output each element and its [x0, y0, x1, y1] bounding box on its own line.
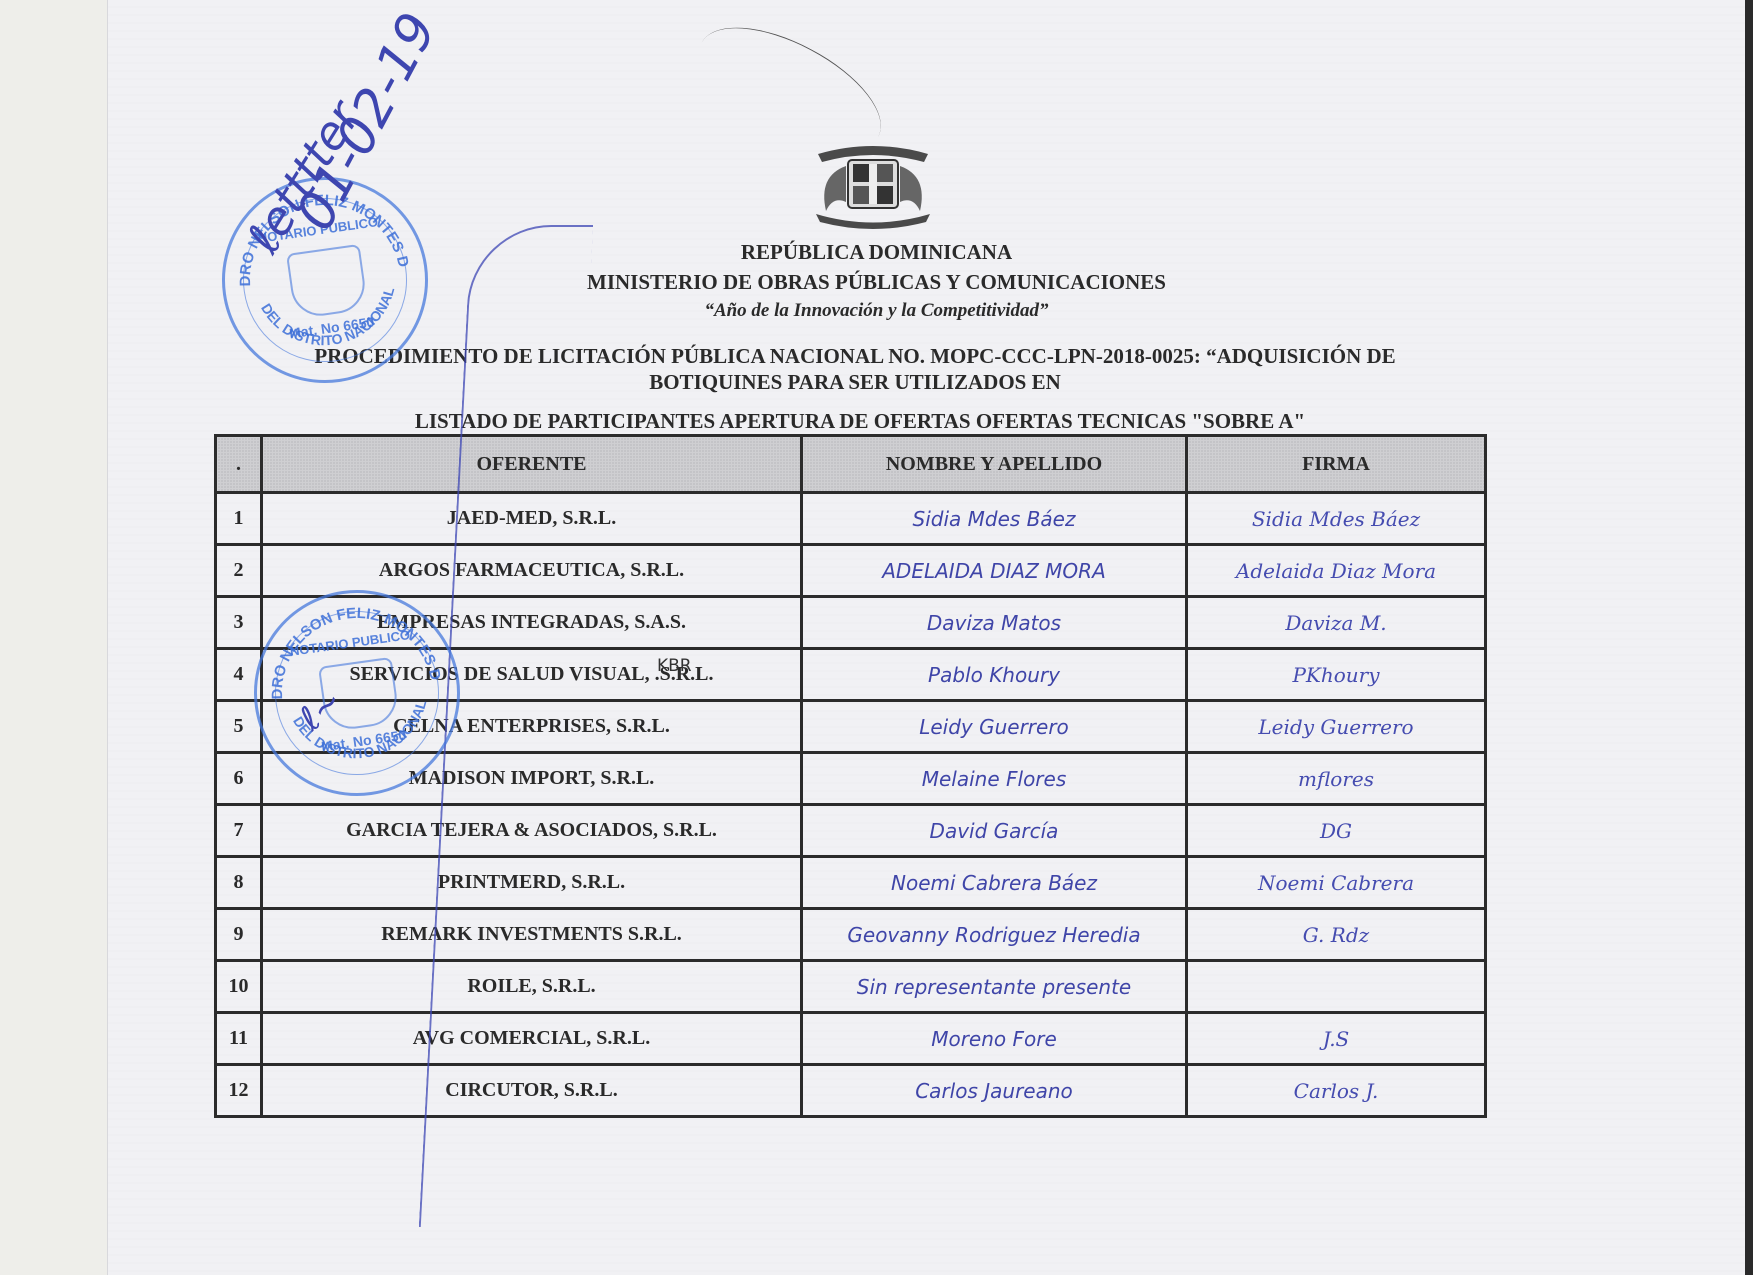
- oferente-cell: ARGOS FARMACEUTICA, S.R.L.: [262, 545, 802, 597]
- participants-table: . OFERENTE NOMBRE Y APELLIDO FIRMA 1JAED…: [214, 434, 1487, 1118]
- row-number: 4: [216, 649, 262, 701]
- table-row: 8PRINTMERD, S.R.L.Noemi Cabrera BáezNoem…: [216, 857, 1486, 909]
- firma-cell: Sidia Mdes Báez: [1187, 493, 1486, 545]
- nombre-apellido-cell: Sidia Mdes Báez: [802, 493, 1187, 545]
- table-row: 1JAED-MED, S.R.L.Sidia Mdes BáezSidia Md…: [216, 493, 1486, 545]
- firma-cell: mflores: [1187, 753, 1486, 805]
- table-header-row: . OFERENTE NOMBRE Y APELLIDO FIRMA: [216, 436, 1486, 493]
- nombre-apellido-cell: Noemi Cabrera Báez: [802, 857, 1187, 909]
- firma-cell: Carlos J.: [1187, 1065, 1486, 1117]
- year-motto: “Año de la Innovación y la Competitivida…: [0, 300, 1753, 322]
- row-number: 8: [216, 857, 262, 909]
- row-number: 1: [216, 493, 262, 545]
- firma-cell: Adelaida Diaz Mora: [1187, 545, 1486, 597]
- table-row: 5CELNA ENTERPRISES, S.R.L.Leidy Guerrero…: [216, 701, 1486, 753]
- oferente-cell: REMARK INVESTMENTS S.R.L.: [262, 909, 802, 961]
- procedure-title-line1: PROCEDIMIENTO DE LICITACIÓN PÚBLICA NACI…: [255, 344, 1455, 369]
- oferente-cell: EMPRESAS INTEGRADAS, S.A.S.: [262, 597, 802, 649]
- nombre-apellido-cell: Carlos Jaureano: [802, 1065, 1187, 1117]
- oferente-cell: CELNA ENTERPRISES, S.R.L.: [262, 701, 802, 753]
- country-heading: REPÚBLICA DOMINICANA: [0, 240, 1753, 265]
- table-row: 12CIRCUTOR, S.R.L.Carlos JaureanoCarlos …: [216, 1065, 1486, 1117]
- firma-cell: Noemi Cabrera: [1187, 857, 1486, 909]
- row-number: 3: [216, 597, 262, 649]
- firma-cell: J.S: [1187, 1013, 1486, 1065]
- nombre-apellido-cell: Leidy Guerrero: [802, 701, 1187, 753]
- row-number: 7: [216, 805, 262, 857]
- nombre-apellido-cell: Pablo Khoury: [802, 649, 1187, 701]
- nombre-apellido-cell: ADELAIDA DIAZ MORA: [802, 545, 1187, 597]
- table-row: 2ARGOS FARMACEUTICA, S.R.L.ADELAIDA DIAZ…: [216, 545, 1486, 597]
- nombre-apellido-cell: Sin representante presente: [802, 961, 1187, 1013]
- procedure-title-line2: BOTIQUINES PARA SER UTILIZADOS EN: [255, 370, 1455, 395]
- firma-cell: Leidy Guerrero: [1187, 701, 1486, 753]
- nombre-apellido-cell: David García: [802, 805, 1187, 857]
- header-firma: FIRMA: [1187, 436, 1486, 493]
- table-row: 6MADISON IMPORT, S.R.L.Melaine Floresmfl…: [216, 753, 1486, 805]
- row-number: 10: [216, 961, 262, 1013]
- nombre-apellido-cell: Geovanny Rodriguez Heredia: [802, 909, 1187, 961]
- list-title: LISTADO DE PARTICIPANTES APERTURA DE OFE…: [260, 409, 1460, 434]
- table-row: 4SERVICIOS DE SALUD VISUAL, .S.R.L.Pablo…: [216, 649, 1486, 701]
- nombre-apellido-cell: Moreno Fore: [802, 1013, 1187, 1065]
- row-number: 12: [216, 1065, 262, 1117]
- row-number: 9: [216, 909, 262, 961]
- table-row: 3EMPRESAS INTEGRADAS, S.A.S.Daviza Matos…: [216, 597, 1486, 649]
- row-number: 6: [216, 753, 262, 805]
- ministry-heading: MINISTERIO DE OBRAS PÚBLICAS Y COMUNICAC…: [0, 270, 1753, 295]
- table-row: 7GARCIA TEJERA & ASOCIADOS, S.R.L.David …: [216, 805, 1486, 857]
- row-number: 11: [216, 1013, 262, 1065]
- participants-table-container: . OFERENTE NOMBRE Y APELLIDO FIRMA 1JAED…: [214, 434, 1484, 1118]
- nombre-apellido-cell: Melaine Flores: [802, 753, 1187, 805]
- oferente-cell: SERVICIOS DE SALUD VISUAL, .S.R.L.: [262, 649, 802, 701]
- table-row: 9REMARK INVESTMENTS S.R.L.Geovanny Rodri…: [216, 909, 1486, 961]
- table-row: 11AVG COMERCIAL, S.R.L.Moreno ForeJ.S: [216, 1013, 1486, 1065]
- oferente-cell: JAED-MED, S.R.L.: [262, 493, 802, 545]
- oferente-cell: MADISON IMPORT, S.R.L.: [262, 753, 802, 805]
- header-number: .: [216, 436, 262, 493]
- scan-edge: [1745, 0, 1753, 1275]
- firma-cell: PKhoury: [1187, 649, 1486, 701]
- oferente-cell: ROILE, S.R.L.: [262, 961, 802, 1013]
- table-row: 10ROILE, S.R.L.Sin representante present…: [216, 961, 1486, 1013]
- oferente-cell: PRINTMERD, S.R.L.: [262, 857, 802, 909]
- header-oferente: OFERENTE: [262, 436, 802, 493]
- header-nombre-apellido: NOMBRE Y APELLIDO: [802, 436, 1187, 493]
- oferente-cell: GARCIA TEJERA & ASOCIADOS, S.R.L.: [262, 805, 802, 857]
- firma-cell: G. Rdz: [1187, 909, 1486, 961]
- nombre-apellido-cell: Daviza Matos: [802, 597, 1187, 649]
- oferente-cell: AVG COMERCIAL, S.R.L.: [262, 1013, 802, 1065]
- oferente-cell: CIRCUTOR, S.R.L.: [262, 1065, 802, 1117]
- firma-cell: [1187, 961, 1486, 1013]
- row-number: 5: [216, 701, 262, 753]
- firma-cell: DG: [1187, 805, 1486, 857]
- coat-of-arms-icon: [798, 136, 948, 231]
- firma-cell: Daviza M.: [1187, 597, 1486, 649]
- row-number: 2: [216, 545, 262, 597]
